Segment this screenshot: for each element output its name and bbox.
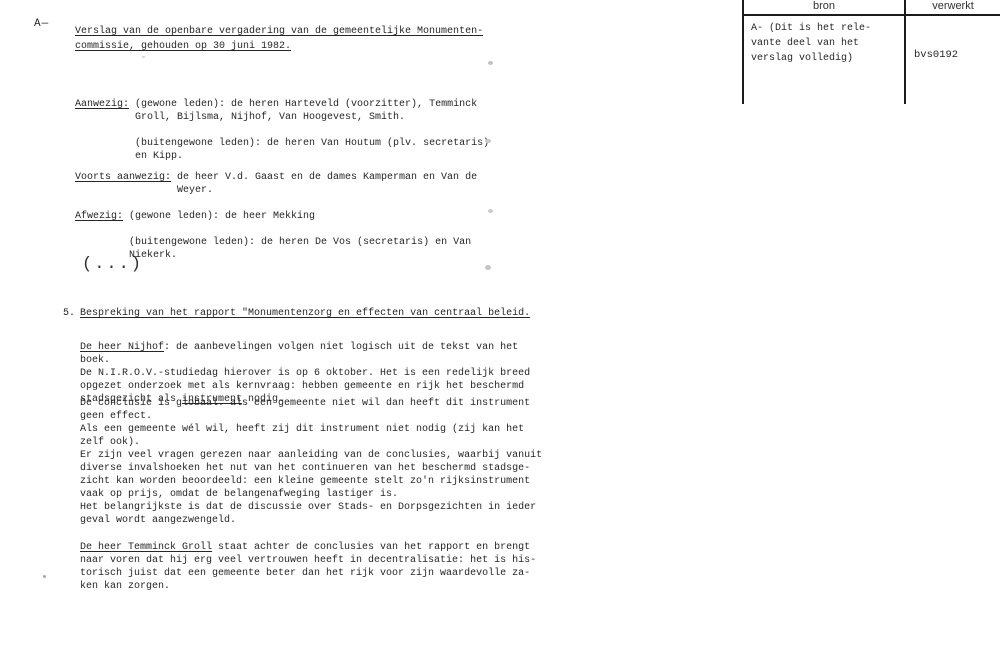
paragraph-temminck-groll: De heer Temminck Groll staat achter de c… — [80, 528, 552, 593]
scan-speck — [417, 30, 420, 32]
attendance-also-present-label: Voorts aanwezig: — [75, 171, 171, 184]
attendance-present-text: (gewone leden): de heren Harteveld (voor… — [135, 98, 545, 163]
attendance-absent-label: Afwezig: — [75, 210, 123, 223]
document-title-line2: commissie, gehouden op 30 juni 1982. — [75, 39, 483, 54]
scan-speck — [485, 139, 491, 143]
stamp-table-verwerkt-code: bvs0192 — [914, 49, 958, 62]
stamp-table-header-verwerkt: verwerkt — [906, 0, 1000, 14]
paragraph-nijhof: De heer Nijhof: de aanbevelingen volgen … — [80, 328, 552, 406]
scan-speck — [485, 265, 491, 270]
attendance-present-label: Aanwezig: — [75, 98, 129, 111]
scan-speck — [43, 575, 46, 578]
section-5-number: 5. — [63, 307, 75, 320]
document-title: Verslag van de openbare vergadering van … — [75, 24, 483, 54]
paragraph-conclusions: De conclusie is globaal: als een gemeent… — [80, 397, 552, 527]
section-5-heading-row: 5. Bespreking van het rapport "Monumente… — [63, 307, 530, 320]
scan-speck — [488, 61, 493, 65]
margin-label: A— — [34, 18, 49, 31]
stamp-table-header-rule — [742, 14, 1000, 16]
attendance-also-present-text: de heer V.d. Gaast en de dames Kamperman… — [177, 171, 587, 197]
section-5-heading: Bespreking van het rapport "Monumentenzo… — [80, 307, 530, 320]
omission-ellipsis: (...) — [82, 258, 143, 271]
scan-speck — [142, 56, 145, 58]
speaker-nijhof: De heer Nijhof — [80, 342, 164, 353]
attendance-present: Aanwezig: (gewone leden): de heren Harte… — [75, 98, 545, 163]
scanned-document-page: A— Verslag van de openbare vergadering v… — [0, 0, 1000, 649]
document-title-line1: Verslag van de openbare vergadering van … — [75, 24, 483, 39]
attendance-also-present: Voorts aanwezig: de heer V.d. Gaast en d… — [75, 171, 587, 197]
attendance-absent: Afwezig: (gewone leden): de heer Mekking… — [75, 210, 539, 262]
stamp-table-header-bron: bron — [744, 0, 904, 14]
attendance-absent-text: (gewone leden): de heer Mekking (buiteng… — [129, 210, 539, 262]
stamp-table-bron-note: A- (Dit is het rele- vante deel van het … — [751, 21, 901, 66]
speaker-temminck-groll: De heer Temminck Groll — [80, 542, 212, 553]
scan-speck — [488, 209, 493, 213]
